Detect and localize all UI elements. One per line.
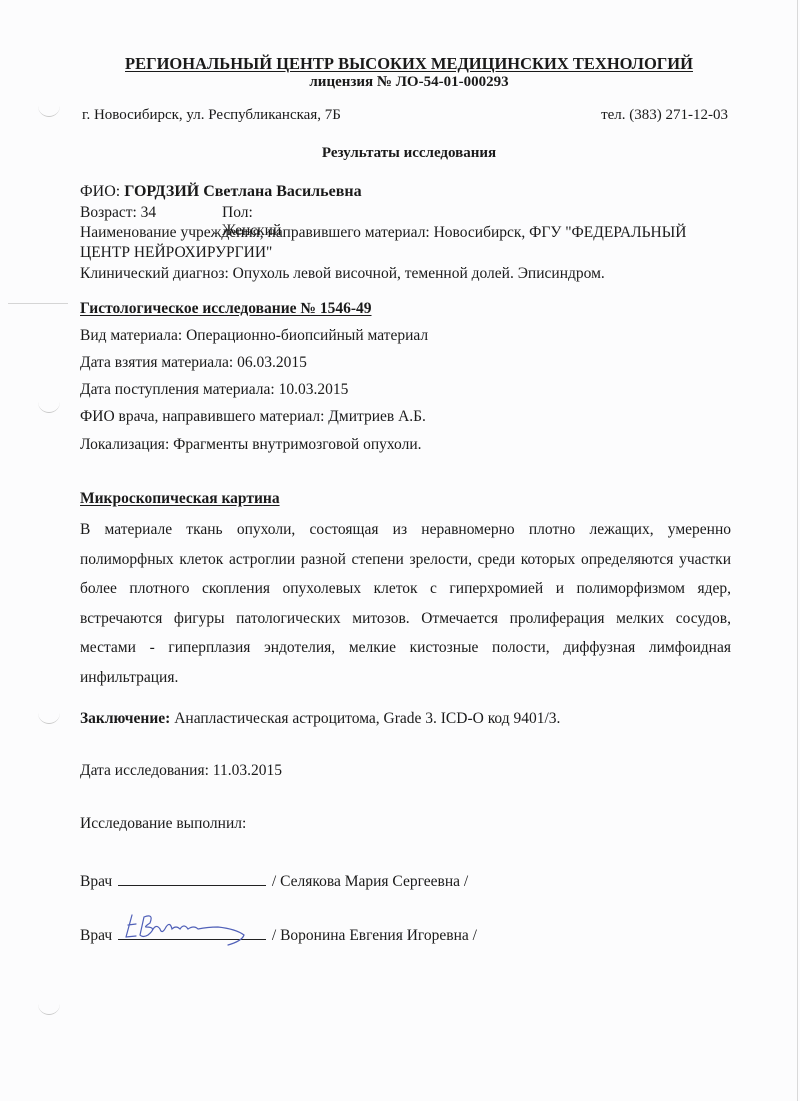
referring-doctor: ФИО врача, направившего материал: Дмитри…	[80, 408, 426, 426]
fold-line	[8, 303, 68, 304]
received-date: Дата поступления материала: 10.03.2015	[80, 381, 348, 399]
signature-role: Врач	[80, 873, 112, 890]
clinical-diagnosis: Клинический диагноз: Опухоль левой височ…	[80, 265, 605, 283]
signature-row-1: Врач / Селякова Мария Сергеевна /	[80, 871, 468, 891]
signature-role: Врач	[80, 927, 112, 944]
conclusion-label: Заключение:	[80, 710, 170, 727]
signatory-name: / Селякова Мария Сергеевна /	[272, 873, 468, 890]
handwritten-signature-icon	[118, 911, 268, 947]
microscopy-heading: Микроскопическая картина	[80, 490, 280, 508]
document-title: Результаты исследования	[0, 145, 800, 162]
patient-age: Возраст: 34	[80, 204, 156, 221]
institution-line-2: ЦЕНТР НЕЙРОХИРУРГИИ"	[80, 244, 272, 262]
performed-by-label: Исследование выполнил:	[80, 815, 246, 833]
histology-heading: Гистологическое исследование № 1546-49	[80, 300, 372, 318]
signatory-name: / Воронина Евгения Игоревна /	[272, 927, 477, 944]
punch-hole-mark	[38, 1004, 60, 1015]
study-date: Дата исследования: 11.03.2015	[80, 762, 282, 780]
signature-blank-line	[118, 871, 266, 886]
punch-hole-mark	[38, 402, 60, 413]
patient-age-sex: Возраст: 34 Пол: Женский	[80, 204, 156, 222]
conclusion-value: Анапластическая астроцитома, Grade 3. IC…	[170, 710, 560, 727]
document-page: РЕГИОНАЛЬНЫЙ ЦЕНТР ВЫСОКИХ МЕДИЦИНСКИХ Т…	[0, 0, 800, 1101]
license-number: лицензия № ЛО-54-01-000293	[0, 74, 800, 91]
address: г. Новосибирск, ул. Республиканская, 7Б	[82, 107, 341, 124]
patient-name: ФИО: ГОРДЗИЙ Светлана Васильевна	[80, 183, 362, 201]
organization-name: РЕГИОНАЛЬНЫЙ ЦЕНТР ВЫСОКИХ МЕДИЦИНСКИХ Т…	[0, 54, 800, 74]
patient-name-label: ФИО:	[80, 183, 124, 200]
signature-row-2: Врач / Воронина Евгения Игоревна /	[80, 925, 477, 945]
microscopy-text: В материале ткань опухоли, состоящая из …	[80, 515, 731, 692]
patient-name-value: ГОРДЗИЙ Светлана Васильевна	[124, 183, 361, 200]
conclusion: Заключение: Анапластическая астроцитома,…	[80, 710, 560, 728]
phone: тел. (383) 271-12-03	[601, 107, 728, 124]
material-type: Вид материала: Операционно-биопсийный ма…	[80, 327, 428, 345]
punch-hole-mark	[38, 106, 60, 117]
signature-line	[118, 925, 266, 940]
collection-date: Дата взятия материала: 06.03.2015	[80, 354, 307, 372]
page-edge	[797, 0, 798, 1101]
punch-hole-mark	[38, 713, 60, 724]
localization: Локализация: Фрагменты внутримозговой оп…	[80, 436, 422, 454]
institution-line-1: Наименование учреждения, направившего ма…	[80, 224, 686, 242]
